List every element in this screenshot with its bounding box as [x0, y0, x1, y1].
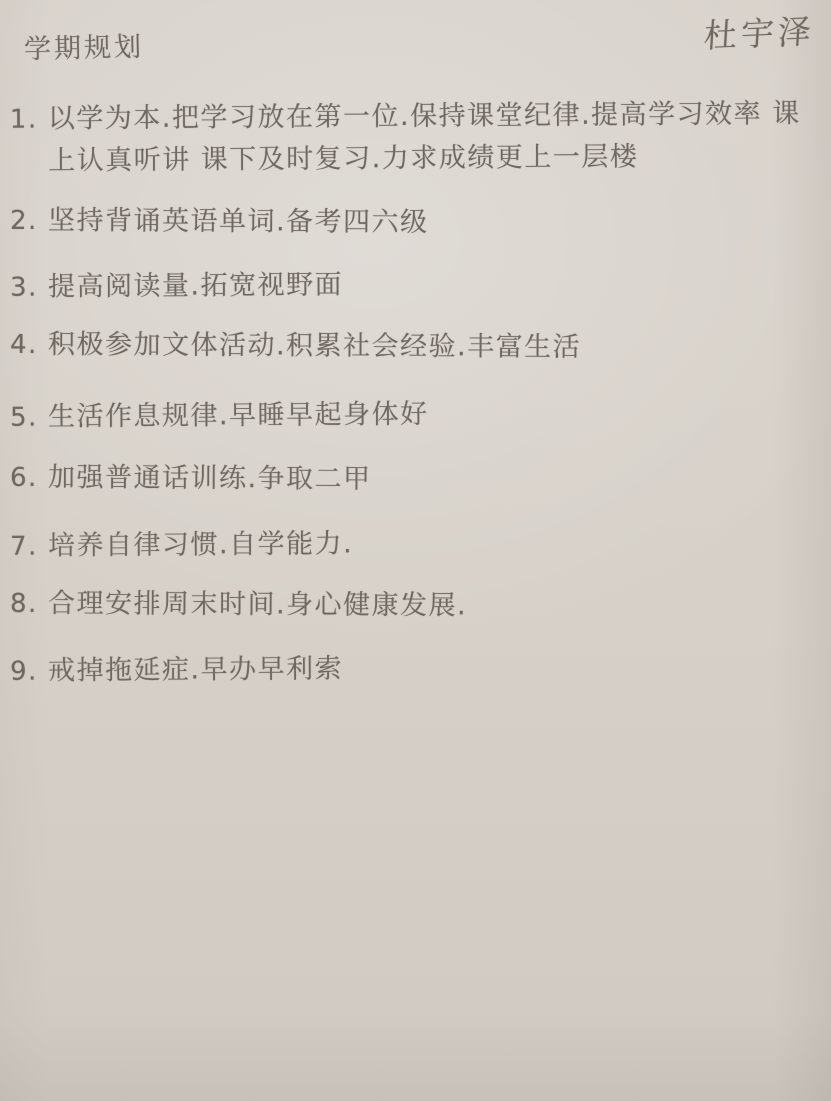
- item-text: 提高阅读量.拓宽视野面: [48, 261, 803, 308]
- item-number: 5.: [6, 396, 48, 438]
- item-number: 6.: [6, 457, 48, 499]
- item-text: 合理安排周末时间.身心健康发展.: [48, 583, 803, 629]
- item-number: 2.: [6, 200, 48, 242]
- note-list: 1. 以学为本.把学习放在第一位.保持课堂纪律.提高学习效率 课上认真听讲 课下…: [6, 96, 803, 710]
- list-item: 6. 加强普通话训练.争取二甲: [6, 457, 803, 503]
- item-number: 7.: [6, 525, 48, 567]
- list-item: 8. 合理安排周末时间.身心健康发展.: [6, 583, 803, 629]
- item-text: 生活作息规律.早睡早起身体好: [48, 391, 803, 438]
- item-number: 9.: [6, 650, 48, 692]
- item-text: 积极参加文体活动.积累社会经验.丰富生活: [48, 324, 803, 370]
- item-number: 8.: [6, 583, 48, 625]
- item-text: 培养自律习惯.自学能力.: [48, 520, 803, 567]
- item-number: 4.: [6, 324, 48, 366]
- list-item: 5. 生活作息规律.早睡早起身体好: [6, 391, 803, 439]
- item-number: 1.: [6, 98, 48, 140]
- list-item: 7. 培养自律习惯.自学能力.: [6, 520, 803, 568]
- item-text: 坚持背诵英语单词.备考四六级: [48, 200, 803, 246]
- item-number: 3.: [6, 266, 48, 308]
- list-item: 9. 戒掉拖延症.早办早利索: [6, 645, 803, 693]
- item-text: 戒掉拖延症.早办早利索: [48, 645, 803, 692]
- list-item: 3. 提高阅读量.拓宽视野面: [6, 261, 803, 309]
- list-item: 1. 以学为本.把学习放在第一位.保持课堂纪律.提高学习效率 课上认真听讲 课下…: [6, 93, 804, 183]
- author-name: 杜宇泽: [703, 5, 817, 57]
- item-text: 以学为本.把学习放在第一位.保持课堂纪律.提高学习效率 课上认真听讲 课下及时复…: [48, 93, 804, 182]
- item-text: 加强普通话训练.争取二甲: [48, 457, 803, 503]
- list-item: 2. 坚持背诵英语单词.备考四六级: [6, 200, 803, 246]
- page-title: 学期规划: [24, 25, 145, 67]
- list-item: 4. 积极参加文体活动.积累社会经验.丰富生活: [6, 324, 803, 370]
- handwritten-note-photo: 学期规划 杜宇泽 1. 以学为本.把学习放在第一位.保持课堂纪律.提高学习效率 …: [0, 0, 831, 1101]
